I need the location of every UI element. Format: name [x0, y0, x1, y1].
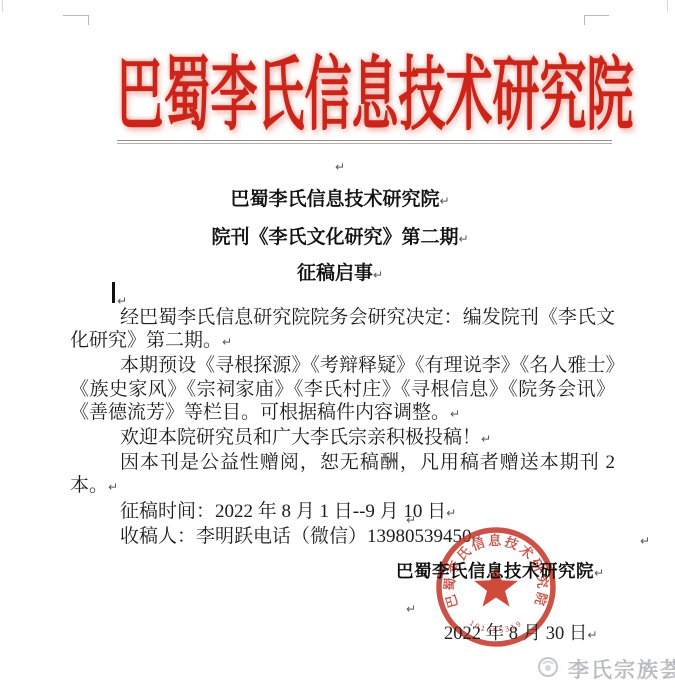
paragraph-return-mark: ↵: [373, 268, 383, 282]
paragraph-return-mark: ↵: [406, 602, 416, 616]
paragraph-return-mark: ↵: [406, 513, 416, 527]
margin-mark-top-left-horizontal: [63, 15, 88, 16]
signature-date-text: 2022 年 8 月 30 日: [444, 624, 587, 644]
paragraph-return-mark: ↵: [450, 407, 460, 421]
text-caret: [112, 282, 115, 303]
heading-journal-issue: 院刊《李氏文化研究》第二期↵: [0, 222, 675, 249]
paragraph-text: 收稿人：李明跃电话（微信）13980539450: [120, 526, 472, 547]
paragraph-return-mark: ↵: [594, 566, 605, 580]
page-edge-tick-left: [2, 0, 3, 12]
body-text-block: 经巴蜀李氏信息研究院院务会研究决定：编发院刊《李氏文化研究》第二期。↵ 本期预设…: [70, 306, 615, 550]
body-paragraph-decision: 经巴蜀李氏信息研究院院务会研究决定：编发院刊《李氏文化研究》第二期。↵: [70, 306, 615, 354]
heading-text: 院刊《李氏文化研究》第二期: [211, 227, 458, 248]
paragraph-text: 征稿时间：2022 年 8 月 1 日--9 月 10 日: [120, 501, 446, 522]
body-paragraph-welcome: 欢迎本院研究员和广大李氏宗亲积极投稿！↵: [70, 426, 615, 451]
paragraph-return-mark: ↵: [458, 232, 468, 246]
body-paragraph-gratis: 因本刊是公益性赠阅，恕无稿酬，凡用稿者赠送本期刊 2 本。↵: [70, 451, 615, 499]
signature-org: 巴蜀李氏信息技术研究院↵: [396, 558, 605, 583]
paragraph-text: 本期预设《寻根探源》《考辩释疑》《有理说李》《名人雅士》《族史家风》《宗祠家庙》…: [70, 355, 615, 422]
signature-org-text: 巴蜀李氏信息技术研究院: [396, 561, 594, 581]
paragraph-text: 欢迎本院研究员和广大李氏宗亲积极投稿！: [120, 427, 481, 448]
signature-date: 2022 年 8 月 30 日↵: [444, 619, 597, 645]
document-page: 巴蜀李氏信息技术研究院 ↵ 巴蜀李氏信息技术研究院↵ 院刊《李氏文化研究》第二期…: [0, 0, 675, 693]
paragraph-return-mark: ↵: [587, 628, 597, 642]
page-edge-tick-right: [667, 0, 668, 12]
masthead-title: 巴蜀李氏信息技术研究院: [138, 2, 612, 174]
paragraph-return-mark: ↵: [481, 432, 491, 446]
paragraph-return-mark: ↵: [446, 506, 456, 520]
watermark-label: 李氏宗族荟: [568, 654, 675, 684]
heading-text: 巴蜀李氏信息技术研究院: [230, 189, 439, 210]
heading-institute: 巴蜀李氏信息技术研究院↵: [0, 184, 675, 211]
paragraph-return-mark: ↵: [335, 160, 345, 174]
paragraph-return-mark: ↵: [108, 480, 118, 494]
paragraph-text: 经巴蜀李氏信息研究院院务会研究决定：编发院刊《李氏文化研究》第二期。: [70, 307, 615, 351]
paragraph-return-mark: ↵: [640, 534, 650, 548]
body-paragraph-columns: 本期预设《寻根探源》《考辩释疑》《有理说李》《名人雅士》《族史家风》《宗祠家庙》…: [70, 354, 615, 426]
paragraph-return-mark: ↵: [222, 335, 232, 349]
margin-mark-top-left-vertical: [88, 15, 89, 25]
paragraph-text: 因本刊是公益性赠阅，恕无稿酬，凡用稿者赠送本期刊 2 本。: [70, 452, 615, 496]
paragraph-return-mark: ↵: [439, 194, 449, 208]
watermark-logo-icon: [536, 655, 560, 679]
heading-text: 征稿启事: [297, 263, 373, 284]
masthead-underline: [117, 140, 612, 144]
heading-call-for-papers: 征稿启事↵: [0, 258, 675, 285]
